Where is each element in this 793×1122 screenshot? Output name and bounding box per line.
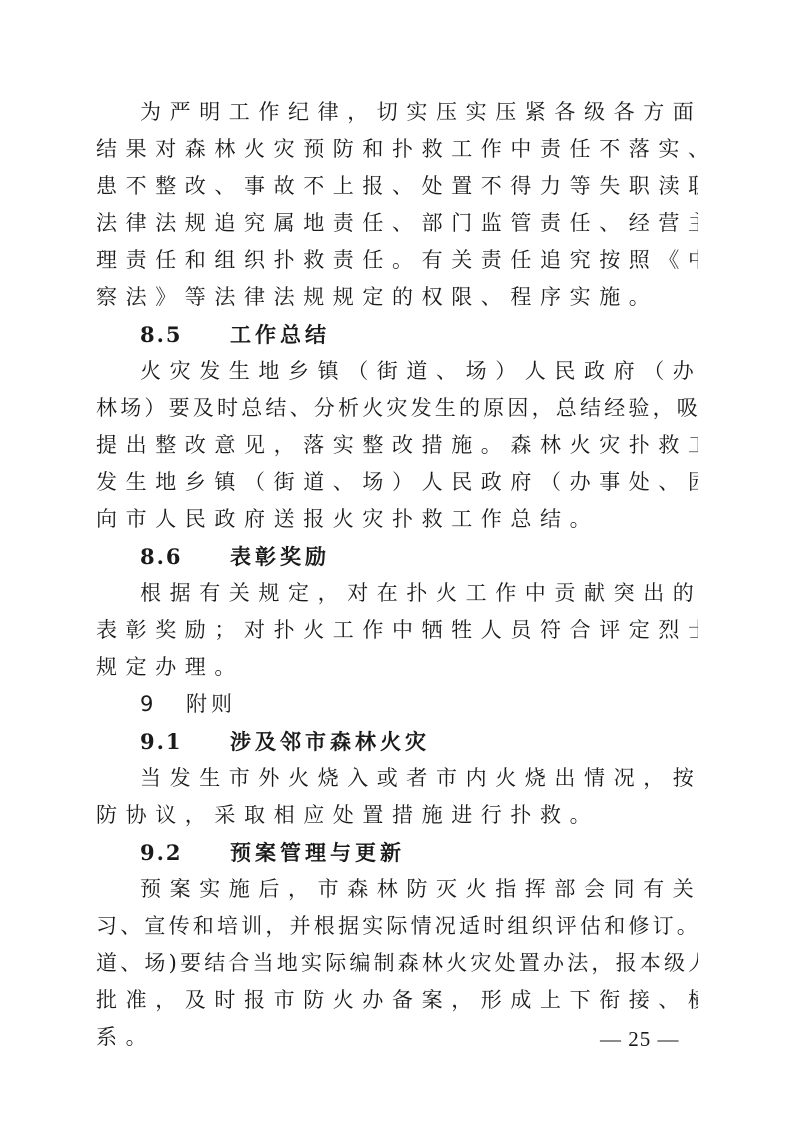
section-heading-8-5: 8.5工作总结 — [96, 316, 698, 353]
text-line: 表彰奖励；对扑火工作中牺牲人员符合评定烈士条件的，按有关 — [96, 612, 698, 649]
section-heading-9-2: 9.2预案管理与更新 — [96, 834, 698, 871]
text-line: 批准，及时报市防火办备案，形成上下衔接、横向协同的预案体 — [96, 982, 698, 1019]
text-line: 患不整改、事故不上报、处置不得力等失职渎职行为，依据有关 — [96, 168, 698, 205]
section-title: 涉及邻市森林火灾 — [230, 729, 430, 754]
text-line: 为严明工作纪律，切实压实压紧各级各方面责任，根据调查 — [96, 94, 698, 131]
text-line: 习、宣传和培训，并根据实际情况适时组织评估和修订。各乡镇(街 — [96, 908, 698, 945]
text-line: 道、场)要结合当地实际编制森林火灾处置办法，报本级人民政府 — [96, 945, 698, 982]
section-body-8-5: 火灾发生地乡镇（街道、场）人民政府（办事处、园艺场、 林场）要及时总结、分析火灾… — [96, 353, 698, 538]
text-line: 火灾发生地乡镇（街道、场）人民政府（办事处、园艺场、 — [96, 353, 698, 390]
section-heading-9-1: 9.1涉及邻市森林火灾 — [96, 723, 698, 760]
section-heading-8-6: 8.6表彰奖励 — [96, 538, 698, 575]
section-heading-9: 9附则 — [96, 686, 698, 723]
page-number: — 25 — — [600, 1027, 680, 1052]
text-line: 林场）要及时总结、分析火灾发生的原因，总结经验，吸取教训， — [96, 390, 698, 427]
document-page: 为严明工作纪律，切实压实压紧各级各方面责任，根据调查 结果对森林火灾预防和扑救工… — [96, 94, 698, 1056]
text-line: 理责任和组织扑救责任。有关责任追究按照《中华人民共和国监 — [96, 242, 698, 279]
section-number: 8.5 — [140, 316, 230, 353]
text-line: 结果对森林火灾预防和扑救工作中责任不落实、措施不到位、隐 — [96, 131, 698, 168]
section-title: 预案管理与更新 — [230, 840, 405, 865]
paragraph-accountability: 为严明工作纪律，切实压实压紧各级各方面责任，根据调查 结果对森林火灾预防和扑救工… — [96, 94, 698, 316]
text-line: 规定办理。 — [96, 649, 698, 686]
text-line: 当发生市外火烧入或者市内火烧出情况，按照双方协定的联 — [96, 760, 698, 797]
section-body-9-1: 当发生市外火烧入或者市内火烧出情况，按照双方协定的联 防协议，采取相应处置措施进… — [96, 760, 698, 834]
section-title: 表彰奖励 — [230, 544, 330, 569]
section-body-8-6: 根据有关规定，对在扑火工作中贡献突出的单位、个人给予 表彰奖励；对扑火工作中牺牲… — [96, 575, 698, 686]
text-line: 法律法规追究属地责任、部门监管责任、经营主体责任、火源管 — [96, 205, 698, 242]
section-number: 9.1 — [140, 723, 230, 760]
text-line: 发生地乡镇（街道、场）人民政府（办事处、园艺场、林场）应 — [96, 464, 698, 501]
text-line: 提出整改意见，落实整改措施。森林火灾扑救工作结束后，火灾 — [96, 427, 698, 464]
section-number: 9.2 — [140, 834, 230, 871]
section-number: 9 — [140, 686, 186, 723]
text-line: 向市人民政府送报火灾扑救工作总结。 — [96, 501, 698, 538]
text-line: 防协议，采取相应处置措施进行扑救。 — [96, 797, 698, 834]
text-line: 预案实施后，市森林防灭火指挥部会同有关部门组织预案学 — [96, 871, 698, 908]
text-line: 察法》等法律法规规定的权限、程序实施。 — [96, 279, 698, 316]
text-line: 根据有关规定，对在扑火工作中贡献突出的单位、个人给予 — [96, 575, 698, 612]
section-title: 工作总结 — [230, 322, 330, 347]
section-number: 8.6 — [140, 538, 230, 575]
section-title: 附则 — [186, 692, 236, 716]
